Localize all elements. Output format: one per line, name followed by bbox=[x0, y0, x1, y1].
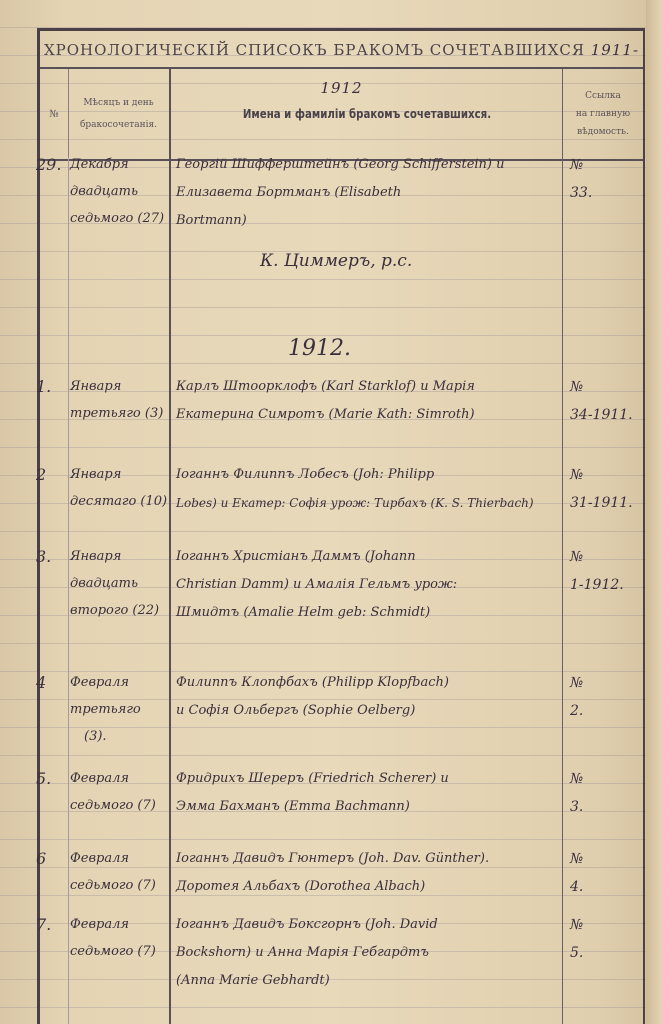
ref-line: № bbox=[570, 845, 642, 873]
entry-date: Февраля третьяго (3). bbox=[70, 669, 168, 750]
date-line: Января bbox=[70, 461, 168, 488]
header-ref-line3: вѣдомость. bbox=[577, 123, 629, 141]
header-ref: Ссылка на главную вѣдомость. bbox=[563, 69, 643, 159]
date-line: второго (22) bbox=[70, 597, 168, 624]
date-line: десятаго (10) bbox=[70, 488, 168, 515]
names-line: (Anna Marie Gebhardt) bbox=[176, 967, 564, 995]
title-text: ХРОНОЛОГИЧЕСКІЙ СПИСОКЪ БРАКОМЪ СОЧЕТАВШ… bbox=[44, 41, 585, 59]
page-title: ХРОНОЛОГИЧЕСКІЙ СПИСОКЪ БРАКОМЪ СОЧЕТАВШ… bbox=[40, 31, 643, 67]
names-line: и Софія Ольбергъ (Sophie Oelberg) bbox=[176, 697, 564, 725]
names-line: Елизавета Бортманъ (Elisabeth bbox=[176, 179, 564, 207]
entry-number: 29. bbox=[36, 155, 66, 174]
date-line: двадцать bbox=[70, 178, 168, 205]
names-line: Bockshorn) и Анна Марія Гебгардтъ bbox=[176, 939, 564, 967]
ref-line: № bbox=[570, 373, 642, 401]
header-ref-cell: Ссылка на главную вѣдомость. bbox=[563, 69, 643, 159]
entry-names: Филиппъ Клопфбахъ (Philipp Klopfbach) и … bbox=[176, 669, 564, 725]
ref-line: 34-1911. bbox=[570, 401, 642, 429]
entry-ref: № 3. bbox=[570, 765, 642, 821]
ref-line: 3. bbox=[570, 793, 642, 821]
header-date-cell: Мѣсяцъ и день бракосочетанія. bbox=[68, 69, 169, 159]
column-divider bbox=[169, 157, 171, 1024]
entry-number: 4 bbox=[36, 673, 66, 692]
date-line: Декабря bbox=[70, 151, 168, 178]
year-heading: 1912. bbox=[288, 336, 351, 361]
ref-line: 33. bbox=[570, 179, 642, 207]
names-line: Фридрихъ Шереръ (Friedrich Scherer) и bbox=[176, 765, 564, 793]
date-line: Февраля bbox=[70, 765, 168, 792]
entry-date: Января третьяго (3) bbox=[70, 373, 168, 427]
names-line: Іоганнъ Давидъ Гюнтеръ (Joh. Dav. Günthe… bbox=[176, 845, 564, 873]
ref-line: 1-1912. bbox=[570, 571, 642, 599]
names-line: Карлъ Штоорклофъ (Karl Starklof) и Марія bbox=[176, 373, 564, 401]
entry-ref: № 33. bbox=[570, 151, 642, 207]
entry-number: 6 bbox=[36, 849, 66, 868]
names-line: Іоганнъ Христіанъ Даммъ (Johann bbox=[176, 543, 564, 571]
entry-names: Іоганнъ Христіанъ Даммъ (Johann Christia… bbox=[176, 543, 564, 627]
entry-number: 5. bbox=[36, 769, 66, 788]
ref-line: 4. bbox=[570, 873, 642, 901]
names-line: Lobes) и Екатер: Софія урож: Тирбахъ (K.… bbox=[176, 489, 564, 517]
ref-line: 5. bbox=[570, 939, 642, 967]
names-line: Эмма Бахманъ (Emma Bachmann) bbox=[176, 793, 564, 821]
entry-date: Февраля седьмого (7) bbox=[70, 845, 168, 899]
date-line: двадцать bbox=[70, 570, 168, 597]
header-date: Мѣсяцъ и день бракосочетанія. bbox=[68, 69, 171, 159]
date-line: седьмого (7) bbox=[70, 872, 168, 899]
entry-names: Георгій Шифферштейнъ (Georg Schifferstei… bbox=[176, 151, 564, 235]
entry-ref: № 4. bbox=[570, 845, 642, 901]
date-line: Февраля bbox=[70, 845, 168, 872]
ref-line: 2. bbox=[570, 697, 642, 725]
entry-number: 1. bbox=[36, 377, 66, 396]
names-line: Екатерина Симротъ (Marie Kath: Simroth) bbox=[176, 401, 564, 429]
table-header: № Мѣсяцъ и день бракосочетанія. Имена и … bbox=[40, 67, 643, 161]
entry-names: Карлъ Штоорклофъ (Karl Starklof) и Марія… bbox=[176, 373, 564, 429]
date-line: третьяго (3) bbox=[70, 400, 168, 427]
entry-ref: № 5. bbox=[570, 911, 642, 967]
date-line: (3). bbox=[70, 723, 168, 750]
entry-ref: № 31-1911. bbox=[570, 461, 642, 517]
header-ref-line1: Ссылка bbox=[585, 87, 621, 105]
date-line: Января bbox=[70, 373, 168, 400]
ref-line: № bbox=[570, 543, 642, 571]
names-line: Доротея Альбахъ (Dorothea Albach) bbox=[176, 873, 564, 901]
names-line: Іоганнъ Филиппъ Лобесъ (Joh: Philipp bbox=[176, 461, 564, 489]
header-date-line2: бракосочетанія. bbox=[80, 114, 157, 136]
ref-line: № bbox=[570, 911, 642, 939]
header-date-line1: Мѣсяцъ и день bbox=[83, 92, 153, 114]
names-line: Георгій Шифферштейнъ (Georg Schifferstei… bbox=[176, 151, 564, 179]
entry-number: 3. bbox=[36, 547, 66, 566]
names-line: Филиппъ Клопфбахъ (Philipp Klopfbach) bbox=[176, 669, 564, 697]
header-number: № bbox=[40, 69, 69, 159]
ref-line: № bbox=[570, 765, 642, 793]
entry-ref: № 2. bbox=[570, 669, 642, 725]
ref-line: № bbox=[570, 669, 642, 697]
page-edge bbox=[646, 0, 662, 1024]
date-line: седьмого (27) bbox=[70, 205, 168, 232]
entry-number: 2 bbox=[36, 465, 66, 484]
column-divider bbox=[68, 157, 69, 1024]
header-names: Имена и фамиліи бракомъ сочетавшихся. bbox=[171, 69, 563, 159]
entry-number: 7. bbox=[36, 915, 66, 934]
header-names-label: Имена и фамиліи бракомъ сочетавшихся. bbox=[242, 107, 490, 121]
entry-date: Февраля седьмого (7) bbox=[70, 765, 168, 819]
date-line: седьмого (7) bbox=[70, 792, 168, 819]
date-line: Февраля bbox=[70, 911, 168, 938]
entry-names: Іоганнъ Филиппъ Лобесъ (Joh: Philipp Lob… bbox=[176, 461, 564, 517]
entry-names: Іоганнъ Давидъ Боксгорнъ (Joh. David Boc… bbox=[176, 911, 564, 995]
entry-date: Января двадцать второго (22) bbox=[70, 543, 168, 624]
entry-ref: № 1-1912. bbox=[570, 543, 642, 599]
header-number-label: № bbox=[40, 69, 68, 159]
names-line: Шмидтъ (Amalie Helm geb: Schmidt) bbox=[176, 599, 564, 627]
date-line: седьмого (7) bbox=[70, 938, 168, 965]
entry-date: Февраля седьмого (7) bbox=[70, 911, 168, 965]
signature: К. Циммеръ, р.с. bbox=[260, 251, 412, 271]
ref-line: № bbox=[570, 151, 642, 179]
ref-line: № bbox=[570, 461, 642, 489]
entry-names: Фридрихъ Шереръ (Friedrich Scherer) и Эм… bbox=[176, 765, 564, 821]
entry-date: Декабря двадцать седьмого (27) bbox=[70, 151, 168, 232]
date-line: третьяго bbox=[70, 696, 168, 723]
date-line: Января bbox=[70, 543, 168, 570]
entry-names: Іоганнъ Давидъ Гюнтеръ (Joh. Dav. Günthe… bbox=[176, 845, 564, 901]
names-line: Bortmann) bbox=[176, 207, 564, 235]
names-line: Christian Damm) и Амалія Гельмъ урож: bbox=[176, 571, 564, 599]
header-ref-line2: на главную bbox=[576, 105, 630, 123]
register-page: ХРОНОЛОГИЧЕСКІЙ СПИСОКЪ БРАКОМЪ СОЧЕТАВШ… bbox=[37, 28, 645, 1024]
names-line: Іоганнъ Давидъ Боксгорнъ (Joh. David bbox=[176, 911, 564, 939]
ref-line: 31-1911. bbox=[570, 489, 642, 517]
entry-ref: № 34-1911. bbox=[570, 373, 642, 429]
entry-date: Января десятаго (10) bbox=[70, 461, 168, 515]
date-line: Февраля bbox=[70, 669, 168, 696]
